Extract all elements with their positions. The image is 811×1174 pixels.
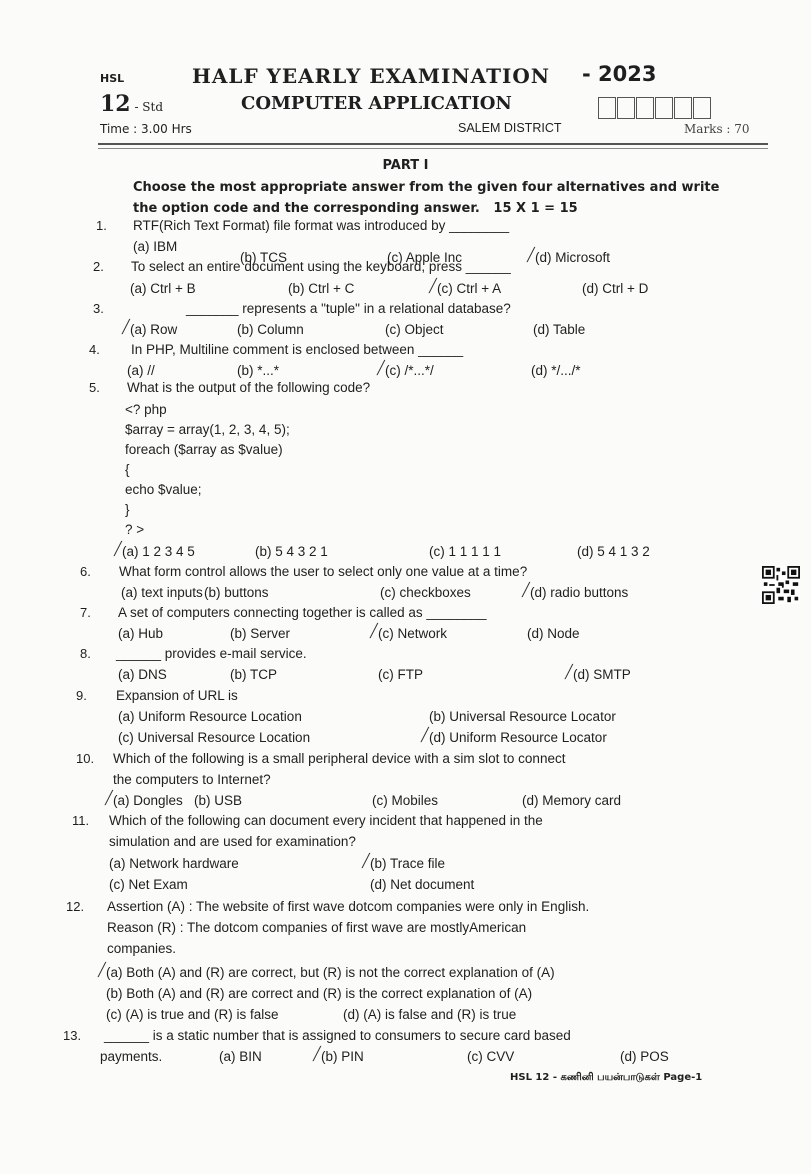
pen-tick-icon: ╱ <box>377 361 385 376</box>
total-marks: Marks : 70 <box>684 122 750 136</box>
option: (d) Table <box>533 322 585 337</box>
option: (c) Universal Resource Location <box>118 730 310 745</box>
instruction-line-2: the option code and the corresponding an… <box>133 198 773 219</box>
question-text-continued: the computers to Internet? <box>113 772 271 787</box>
option-marked: (d) Microsoft <box>535 250 610 265</box>
question-text: _______ represents a "tuple" in a relati… <box>186 301 511 316</box>
question-number: 10. <box>76 751 94 766</box>
qr-code-icon <box>762 565 800 605</box>
code-line: ? > <box>125 522 144 537</box>
option: (c) Net Exam <box>109 877 188 892</box>
instruction-line-1: Choose the most appropriate answer from … <box>133 177 773 198</box>
pen-tick-icon: ╱ <box>522 583 530 598</box>
option: (c) CVV <box>467 1049 514 1064</box>
option: (b) Both (A) and (R) are correct and (R)… <box>106 986 532 1001</box>
page-footer: HSL 12 - கணினி பயன்பாடுகள் Page-1 <box>510 1072 702 1084</box>
question-number: 8. <box>80 646 91 661</box>
pen-tick-icon: ╱ <box>98 963 106 978</box>
question-number: 12. <box>66 899 84 914</box>
option-marked: (a) 1 2 3 4 5 <box>122 544 195 559</box>
option: (a) DNS <box>118 667 167 682</box>
option: (d) Ctrl + D <box>582 281 648 296</box>
pen-tick-icon: ╱ <box>362 854 370 869</box>
pen-tick-icon: ╱ <box>105 791 113 806</box>
question-text: In PHP, Multiline comment is enclosed be… <box>131 342 463 357</box>
option-marked: (d) Uniform Resource Locator <box>429 730 607 745</box>
question-number: 13. <box>63 1028 81 1043</box>
option-marked: (a) Both (A) and (R) are correct, but (R… <box>106 965 555 980</box>
district: SALEM DISTRICT <box>458 121 562 135</box>
question-number: 4. <box>89 342 100 357</box>
option: (a) // <box>127 363 155 378</box>
question-text: Which of the following can document ever… <box>109 813 543 828</box>
option: (d) Net document <box>370 877 474 892</box>
option-marked: (a) Row <box>130 322 177 337</box>
std-number: 12 <box>100 91 131 117</box>
header-divider-thin <box>98 148 768 149</box>
question-number: 7. <box>80 605 91 620</box>
standard: 12 - Std <box>100 91 163 117</box>
question-text: RTF(Rich Text Format) file format was in… <box>133 218 509 233</box>
subject-title: COMPUTER APPLICATION <box>241 93 512 114</box>
exam-title: HALF YEARLY EXAMINATION <box>192 64 550 88</box>
header-divider <box>98 143 768 145</box>
option: (b) Ctrl + C <box>288 281 354 296</box>
question-number: 1. <box>96 218 107 233</box>
option: (c) Mobiles <box>372 793 438 808</box>
option: (b) buttons <box>204 585 269 600</box>
pen-tick-icon: ╱ <box>565 665 573 680</box>
option: (c) checkboxes <box>380 585 471 600</box>
option: (b) Universal Resource Locator <box>429 709 616 724</box>
pen-tick-icon: ╱ <box>114 542 122 557</box>
question-text: To select an entire document using the k… <box>131 259 511 274</box>
pen-tick-icon: ╱ <box>527 248 535 263</box>
option: (b) USB <box>194 793 242 808</box>
option: (a) Uniform Resource Location <box>118 709 302 724</box>
question-text: Expansion of URL is <box>116 688 238 703</box>
pen-tick-icon: ╱ <box>313 1047 321 1062</box>
option: (d) Node <box>527 626 580 641</box>
option: (b) 5 4 3 2 1 <box>255 544 328 559</box>
code-line: foreach ($array as $value) <box>125 442 283 457</box>
option-marked: (b) PIN <box>321 1049 364 1064</box>
option: (a) Ctrl + B <box>130 281 196 296</box>
code-line: $array = array(1, 2, 3, 4, 5); <box>125 422 290 437</box>
exam-time: Time : 3.00 Hrs <box>100 122 192 136</box>
option: (a) IBM <box>133 239 177 254</box>
option: (b) *...* <box>237 363 279 378</box>
option: (d) POS <box>620 1049 669 1064</box>
question-text: ______ is a static number that is assign… <box>104 1028 571 1043</box>
register-number-boxes <box>598 97 712 119</box>
option: (c) FTP <box>378 667 423 682</box>
pen-tick-icon: ╱ <box>421 728 429 743</box>
instructions: Choose the most appropriate answer from … <box>133 177 773 219</box>
question-text-continued: simulation and are used for examination? <box>109 834 356 849</box>
question-text: Which of the following is a small periph… <box>113 751 565 766</box>
option: (c) Object <box>385 322 444 337</box>
option: (d) Memory card <box>522 793 621 808</box>
question-number: 9. <box>76 688 87 703</box>
option: (a) text inputs <box>121 585 203 600</box>
pen-tick-icon: ╱ <box>122 320 130 335</box>
code-line: echo $value; <box>125 482 202 497</box>
option-marked: (d) SMTP <box>573 667 631 682</box>
option: (b) TCP <box>230 667 277 682</box>
code-line: { <box>125 462 130 477</box>
option: (a) Network hardware <box>109 856 239 871</box>
pen-tick-icon: ╱ <box>429 279 437 294</box>
code-line: <? php <box>125 402 167 417</box>
pen-tick-icon: ╱ <box>370 624 378 639</box>
option-marked: (b) Trace file <box>370 856 445 871</box>
option: (a) Hub <box>118 626 163 641</box>
option: (b) Column <box>237 322 304 337</box>
question-text: What is the output of the following code… <box>127 380 370 395</box>
code-line: } <box>125 502 130 517</box>
option: (b) Server <box>230 626 290 641</box>
option-marked: (c) Network <box>378 626 447 641</box>
question-text: What form control allows the user to sel… <box>119 564 527 579</box>
question-number: 5. <box>89 380 100 395</box>
option: (c) (A) is true and (R) is false <box>106 1007 279 1022</box>
question-text: A set of computers connecting together i… <box>118 605 487 620</box>
option-marked: (d) radio buttons <box>530 585 628 600</box>
question-text: Assertion (A) : The website of first wav… <box>107 899 589 914</box>
question-number: 11. <box>72 813 89 828</box>
option: (d) */.../* <box>531 363 581 378</box>
std-label: - Std <box>131 100 163 114</box>
question-text-continued: companies. <box>107 941 176 956</box>
option-marked: (c) Ctrl + A <box>437 281 501 296</box>
question-number: 3. <box>93 301 104 316</box>
question-text-continued: payments. <box>100 1049 162 1064</box>
question-text: ______ provides e-mail service. <box>116 646 307 661</box>
option: (d) (A) is false and (R) is true <box>343 1007 516 1022</box>
option: (c) 1 1 1 1 1 <box>429 544 501 559</box>
part-title: PART I <box>0 158 811 173</box>
option-marked: (c) /*...*/ <box>385 363 434 378</box>
question-text-continued: Reason (R) : The dotcom companies of fir… <box>107 920 526 935</box>
option: (a) BIN <box>219 1049 262 1064</box>
question-number: 2. <box>93 259 104 274</box>
option: (d) 5 4 1 3 2 <box>577 544 650 559</box>
exam-year: - 2023 <box>582 62 656 86</box>
option-marked: (a) Dongles <box>113 793 183 808</box>
paper-code: HSL <box>100 72 124 85</box>
question-number: 6. <box>80 564 91 579</box>
marks-formula: 15 X 1 = 15 <box>493 201 577 216</box>
